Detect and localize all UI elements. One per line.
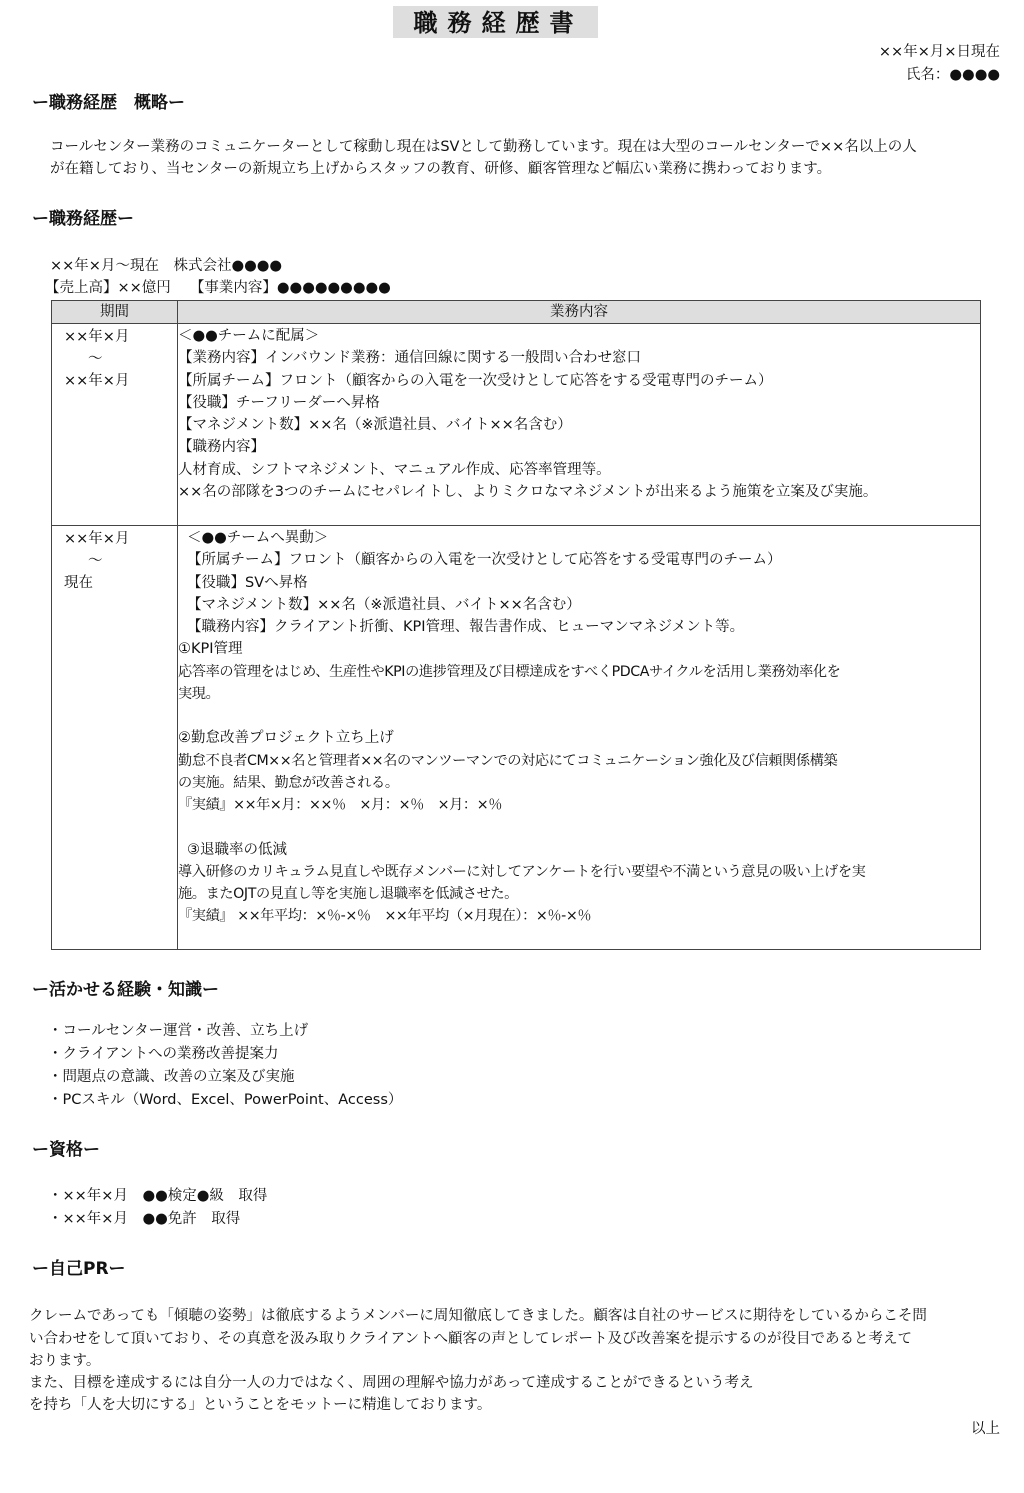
content-line: 【役職】SVへ昇格 xyxy=(178,572,980,594)
career-heading: ー職務経歴ー xyxy=(32,204,134,229)
period-separator: ～ xyxy=(64,348,177,370)
content-line: 【マネジメント数】××名（※派遣社員、バイト××名含む） xyxy=(178,594,980,616)
summary-text-line: が在籍しており、当センターの新規立ち上げからスタッフの教育、研修、顧客管理など幅… xyxy=(50,158,831,180)
summary-text-line: コールセンター業務のコミュニケーターとして稼動し現在はSVとして勤務しています。… xyxy=(50,136,917,158)
spacer xyxy=(178,705,980,727)
kpi-line: 応答率の管理をはじめ、生産性やKPIの進捗管理及び目標達成をすべくPDCAサイク… xyxy=(178,661,980,683)
content-line: 【マネジメント数】××名（※派遣社員、バイト××名含む） xyxy=(178,414,980,436)
skill-item: ・問題点の意識、改善の立案及び実施 xyxy=(48,1066,295,1088)
content-line: 【所属チーム】フロント（顧客からの入電を一次受けとして応答をする受電専門のチーム… xyxy=(178,370,980,392)
skill-item: ・クライアントへの業務改善提案力 xyxy=(48,1043,279,1065)
period-cell: ××年×月 ～ ××年×月 xyxy=(52,324,178,526)
content-line: 【役職】チーフリーダーへ昇格 xyxy=(178,392,980,414)
company-line: ××年×月～現在 株式会社●●●● xyxy=(50,255,282,277)
content-line: 【職務内容】クライアント折衝、KPI管理、報告書作成、ヒューマンマネジメント等。 xyxy=(178,616,980,638)
company-info: 【売上高】××億円 【事業内容】●●●●●●●●● xyxy=(45,277,391,299)
table-row: ××年×月 ～ ××年×月 ＜●●チームに配属＞ 【業務内容】インバウンド業務：… xyxy=(52,324,981,526)
attendance-line: の実施。結果、勤怠が改善される。 xyxy=(178,772,980,794)
self-pr-line: クレームであっても「傾聴の姿勢」は徹底するようメンバーに周知徹底してきました。顧… xyxy=(29,1305,927,1327)
career-table: 期間 業務内容 ××年×月 ～ ××年×月 ＜●●チームに配属＞ 【業務内容】イ… xyxy=(51,300,981,950)
table-row: ××年×月 ～ 現在 ＜●●チームへ異動＞ 【所属チーム】フロント（顧客からの入… xyxy=(52,526,981,950)
skills-heading: ー活かせる経験・知識ー xyxy=(32,975,219,1000)
kpi-line: 実現。 xyxy=(178,683,980,705)
content-cell: ＜●●チームに配属＞ 【業務内容】インバウンド業務：通信回線に関する一般問い合わ… xyxy=(178,324,981,526)
kpi-title: ①KPI管理 xyxy=(178,638,980,660)
content-line: ＜●●チームに配属＞ xyxy=(178,325,980,347)
self-pr-line: を持ち「人を大切にする」ということをモットーに精進しております。 xyxy=(29,1394,491,1416)
attendance-title: ②勤怠改善プロジェクト立ち上げ xyxy=(178,727,980,749)
self-pr-heading: ー自己PRー xyxy=(32,1254,126,1279)
attendance-result: 『実績』××年×月：××％ ×月：×％ ×月：×％ xyxy=(178,794,980,816)
content-line: 人材育成、シフトマネジメント、マニュアル作成、応答率管理等。 xyxy=(178,459,980,481)
self-pr-line: い合わせをして頂いており、その真意を汲み取りクライアントへ顧客の声としてレポート… xyxy=(29,1328,912,1350)
table-header-content: 業務内容 xyxy=(178,301,981,324)
self-pr-line: おります。 xyxy=(29,1350,100,1372)
qualifications-heading: ー資格ー xyxy=(32,1135,100,1160)
document-title: 職務経歴書 xyxy=(393,6,598,38)
skill-item: ・コールセンター運営・改善、立ち上げ xyxy=(48,1020,308,1042)
content-line: 【業務内容】インバウンド業務：通信回線に関する一般問い合わせ窓口 xyxy=(178,347,980,369)
turnover-result: 『実績』 ××年平均：×％-×％ ××年平均（×月現在）：×％-×％ xyxy=(178,905,980,927)
qualification-item: ・××年×月 ●●検定●級 取得 xyxy=(48,1185,267,1207)
self-pr-line: また、目標を達成するには自分一人の力ではなく、周囲の理解や協力があって達成するこ… xyxy=(29,1372,754,1394)
period-start: ××年×月 xyxy=(64,326,177,348)
applicant-name: 氏名：●●●● xyxy=(906,63,1000,84)
table-header-period: 期間 xyxy=(52,301,178,324)
period-cell: ××年×月 ～ 現在 xyxy=(52,526,178,950)
content-line: ××名の部隊を3つのチームにセパレイトし、よりミクロなマネジメントが出来るよう施… xyxy=(178,481,980,503)
spacer xyxy=(178,817,980,839)
closing-mark: 以上 xyxy=(971,1417,1000,1438)
attendance-line: 勤怠不良者CM××名と管理者××名のマンツーマンでの対応にてコミュニケーション強… xyxy=(178,750,980,772)
content-line: ＜●●チームへ異動＞ xyxy=(178,527,980,549)
content-line: 【職務内容】 xyxy=(178,436,980,458)
qualification-item: ・××年×月 ●●免許 取得 xyxy=(48,1208,240,1230)
period-end: 現在 xyxy=(64,572,177,594)
turnover-title: ③退職率の低減 xyxy=(178,839,980,861)
turnover-line: 施。またOJTの見直し等を実施し退職率を低減させた。 xyxy=(178,883,980,905)
turnover-line: 導入研修のカリキュラム見直しや既存メンバーに対してアンケートを行い要望や不満とい… xyxy=(178,861,980,883)
skill-item: ・PCスキル（Word、Excel、PowerPoint、Access） xyxy=(48,1089,402,1111)
content-cell: ＜●●チームへ異動＞ 【所属チーム】フロント（顧客からの入電を一次受けとして応答… xyxy=(178,526,981,950)
content-line: 【所属チーム】フロント（顧客からの入電を一次受けとして応答をする受電専門のチーム… xyxy=(178,549,980,571)
period-separator: ～ xyxy=(64,550,177,572)
summary-heading: ー職務経歴 概略ー xyxy=(32,88,185,113)
period-end: ××年×月 xyxy=(64,370,177,392)
document-date: ××年×月×日現在 xyxy=(879,40,1000,61)
period-start: ××年×月 xyxy=(64,528,177,550)
